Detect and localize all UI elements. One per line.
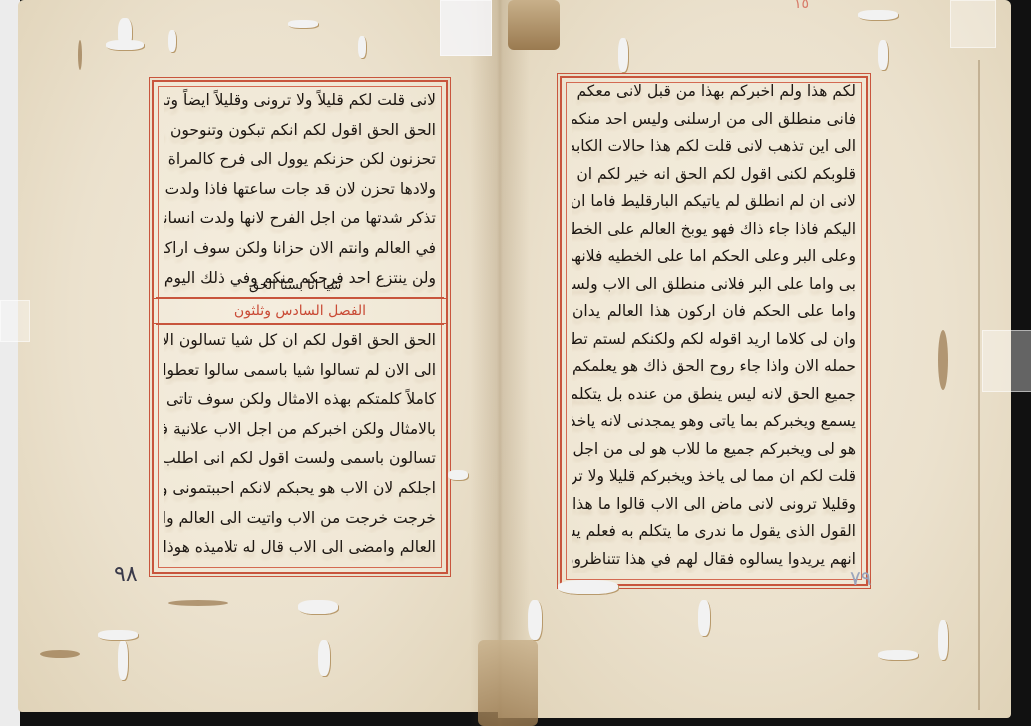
- manuscript-spread: لانى قلت لكم قليلاً ولا ترونى وقليلاً اي…: [0, 0, 1031, 726]
- text-line: واما على الحكم فان اركون هذا العالم يدان: [572, 298, 856, 326]
- worm-hole: [858, 10, 898, 20]
- text-line: في العالم وانتم الان حزانا ولكن سوف اراك…: [164, 234, 436, 264]
- folio-number-left: ٩٨: [114, 562, 138, 587]
- text-line: قلوبكم لكنى اقول لكم الحق انه خير لكم ان…: [572, 161, 856, 189]
- text-line: تسالون باسمى ولست اقول لكم انى اطلب الى …: [164, 444, 436, 474]
- page-edge-line: [978, 60, 980, 710]
- stain: [40, 650, 80, 658]
- spine-damage-top: [508, 0, 560, 50]
- left-text-frame: لانى قلت لكم قليلاً ولا ترونى وقليلاً اي…: [152, 80, 448, 574]
- spine-damage-bottom: [478, 640, 538, 726]
- book-gutter: [470, 0, 530, 726]
- top-margin-note: ١٥: [794, 0, 809, 12]
- text-line: الحق الحق اقول لكم ان كل شيا تسالون الاب…: [164, 326, 436, 356]
- text-line: وقليلا ترونى لانى ماض الى الاب قالوا ما …: [572, 491, 856, 519]
- text-line: لكم هذا ولم اخبركم بهذا من قبل لانى معكم…: [572, 78, 856, 106]
- text-line: هو لى ويخبركم جميع ما للاب هو لى من اجل …: [572, 436, 856, 464]
- text-line: فانى منطلق الى من ارسلنى وليس احد منكم ي…: [572, 106, 856, 134]
- chapter-heading-band: الفصل السادس وثلثون: [154, 298, 446, 324]
- catchword: شيا انا بسنا الحق: [249, 278, 341, 293]
- right-page: لكم هذا ولم اخبركم بهذا من قبل لانى معكم…: [498, 0, 1011, 718]
- worm-hole: [118, 640, 128, 680]
- worm-hole: [98, 630, 138, 640]
- worm-hole: [618, 38, 628, 72]
- text-line: يسمع ويخبركم بما ياتى وهو يمجدنى لانه يا…: [572, 408, 856, 436]
- text-line: انهم يريدوا يسالوه فقال لهم في هذا تتناظ…: [572, 546, 856, 574]
- worm-hole: [938, 620, 948, 660]
- worm-hole: [318, 640, 330, 676]
- stain: [78, 40, 82, 70]
- repair-tape: [950, 0, 996, 48]
- text-line: اجلكم لان الاب هو يحبكم لانكم احببتمونى …: [164, 474, 436, 504]
- repair-tape: [0, 300, 30, 342]
- text-line: خرجت خرجت من الاب واتيت الى العالم وانا …: [164, 504, 436, 534]
- folio-number-right: ٧٩: [850, 566, 871, 590]
- text-line: تذكر شدتها من اجل الفرح لانها ولدت انسان…: [164, 204, 436, 234]
- worm-hole: [288, 20, 318, 28]
- text-line: ولادها تحزن لان قد جات ساعتها فاذا ولدت …: [164, 175, 436, 205]
- stain: [938, 330, 948, 390]
- worm-hole: [878, 40, 888, 70]
- worm-hole: [168, 30, 176, 52]
- right-text-frame: لكم هذا ولم اخبركم بهذا من قبل لانى معكم…: [560, 76, 868, 586]
- stain: [168, 600, 228, 606]
- text-line: الى اين تذهب لانى قلت لكم هذا حالات الكا…: [572, 133, 856, 161]
- text-line: كاملاً كلمتكم بهذه الامثال ولكن سوف تاتى…: [164, 385, 436, 415]
- text-line: وعلى البر وعلى الحكم اما على الخطيه فلان…: [572, 243, 856, 271]
- repair-tape: [440, 0, 492, 56]
- text-line: وان لى كلاما اريد اقوله لكم ولكنكم لستم …: [572, 326, 856, 354]
- text-line: بى واما على البر فلانى منطلق الى الاب ول…: [572, 271, 856, 299]
- text-line: القول الذى يقول ما ندرى ما يتكلم به فعلم…: [572, 518, 856, 546]
- left-lower-text: الحق الحق اقول لكم ان كل شيا تسالون الاب…: [164, 326, 436, 563]
- text-line: العالم وامضى الى الاب قال له تلاميذه هوذ…: [164, 533, 436, 563]
- text-line: اليكم فاذا جاء ذاك فهو يوبخ العالم على ا…: [572, 216, 856, 244]
- text-line: قلت لكم ان مما لى ياخذ ويخبركم قليلا ولا…: [572, 463, 856, 491]
- text-line: بالامثال ولكن اخبركم من اجل الاب علانية …: [164, 415, 436, 445]
- worm-hole: [298, 600, 338, 614]
- text-line: لانى قلت لكم قليلاً ولا ترونى وقليلاً اي…: [164, 86, 436, 116]
- worm-hole: [358, 36, 366, 58]
- text-line: لانى ان لم انطلق لم ياتيكم البارقليط فام…: [572, 188, 856, 216]
- text-line: حمله الان واذا جاء روح الحق ذاك هو يعلمك…: [572, 353, 856, 381]
- chapter-heading: الفصل السادس وثلثون: [234, 303, 366, 319]
- worm-hole: [698, 600, 710, 636]
- worm-hole: [558, 580, 618, 594]
- left-upper-text: لانى قلت لكم قليلاً ولا ترونى وقليلاً اي…: [164, 86, 436, 293]
- worm-hole: [106, 40, 144, 50]
- worm-hole: [878, 650, 918, 660]
- text-line: جميع الحق لانه ليس ينطق من عنده بل يتكلم…: [572, 381, 856, 409]
- repair-tape: [982, 330, 1031, 392]
- text-line: تحزنون لكن حزنكم يوول الى فرح كالمراة اذ…: [164, 145, 436, 175]
- text-line: الى الان لم تسالوا شيا باسمى سالوا تعطوا…: [164, 356, 436, 386]
- left-page: لانى قلت لكم قليلاً ولا ترونى وقليلاً اي…: [18, 0, 498, 712]
- text-line: الحق الحق اقول لكم انكم تبكون وتنوحون وا…: [164, 116, 436, 146]
- right-text: لكم هذا ولم اخبركم بهذا من قبل لانى معكم…: [572, 78, 856, 573]
- worm-hole: [528, 600, 542, 640]
- worm-hole: [448, 470, 468, 480]
